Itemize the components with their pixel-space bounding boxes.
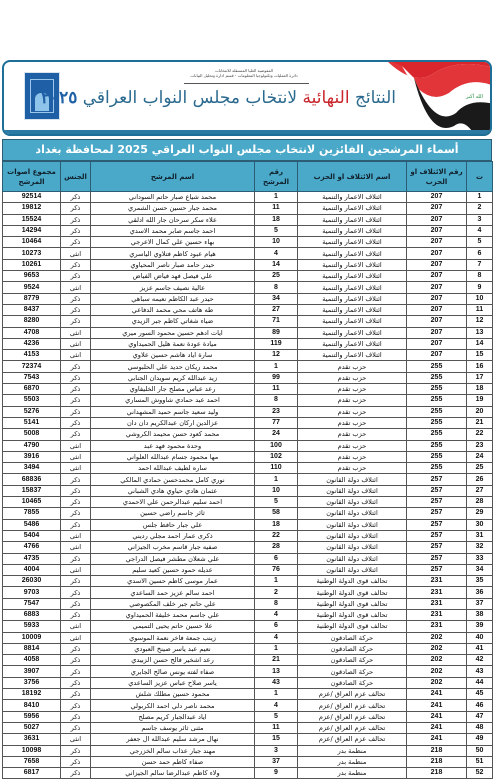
candidate-name-cell: علي فيصل فهد فياض الفياض — [91, 271, 255, 282]
candidate-name-cell: صفاء لفته يونس صالح الجابري — [91, 666, 255, 677]
votes-cell: 5503 — [3, 395, 61, 406]
party-number-cell: 207 — [407, 350, 467, 361]
candidate-number-cell: 11 — [255, 722, 298, 733]
votes-cell: 10465 — [3, 497, 61, 508]
candidate-number-cell: 21 — [255, 655, 298, 666]
party-number-cell: 257 — [407, 530, 467, 541]
party-number-cell: 207 — [407, 316, 467, 327]
party-number-cell: 231 — [407, 587, 467, 598]
table-row: 22255حزب تقدم24محمد كعود حسن محيمد الكرو… — [3, 429, 493, 440]
votes-cell: 5027 — [3, 722, 61, 733]
table-row: 16255حزب تقدم1محمد ريكان حديد علي الحلبو… — [3, 361, 493, 372]
candidate-number-cell: 58 — [255, 508, 298, 519]
candidate-number-cell: 4 — [255, 700, 298, 711]
votes-cell: 19812 — [3, 203, 61, 214]
votes-cell: 4708 — [3, 327, 61, 338]
candidate-name-cell: سارة اياد هاشم حسين علاوي — [91, 350, 255, 361]
table-row: 45241تحالف عزم العراق /عزم1محمود حسين مط… — [3, 689, 493, 700]
candidate-name-cell: علي جاسم محمد خليفة الحميداوي — [91, 609, 255, 620]
table-row: 2207ائتلاف الاعمار والتنمية11محمد جبار ح… — [3, 203, 493, 214]
gender-cell: انثى — [61, 338, 91, 349]
gender-cell: ذكر — [61, 756, 91, 767]
party-name-cell: ائتلاف دولة القانون — [298, 542, 407, 553]
candidate-number-cell: 5 — [255, 711, 298, 722]
candidate-name-cell: طه هاتف محي محمد الدفاعي — [91, 304, 255, 315]
candidate-number-cell: 27 — [255, 304, 298, 315]
gender-cell: ذكر — [61, 192, 91, 203]
table-body: 1207ائتلاف الاعمار والتنمية1محمد شياع صب… — [3, 192, 493, 779]
candidate-name-cell: رعد اشخير فالح حسن الزبيدي — [91, 655, 255, 666]
party-number-cell: 255 — [407, 406, 467, 417]
votes-cell: 3916 — [3, 451, 61, 462]
candidate-name-cell: وليد سعيد جاسم حميد المشهداني — [91, 406, 255, 417]
table-row: 32257ائتلاف دولة القانون28صفيه جبار قاسم… — [3, 542, 493, 553]
winners-table-section: أسماء المرشحين الفائزين لانتخاب مجلس الن… — [2, 139, 492, 779]
gender-cell: ذكر — [61, 304, 91, 315]
candidate-number-cell: 37 — [255, 756, 298, 767]
table-row: 48241تحالف عزم العراق /عزم11مثنى ثائر يو… — [3, 722, 493, 733]
candidate-number-cell: 4 — [255, 609, 298, 620]
votes-cell: 8410 — [3, 700, 61, 711]
seq-cell: 22 — [467, 429, 493, 440]
party-name-cell: ائتلاف الاعمار والتنمية — [298, 259, 407, 270]
candidate-number-cell: 99 — [255, 372, 298, 383]
gender-cell: ذكر — [61, 406, 91, 417]
candidate-number-cell: 6 — [255, 621, 298, 632]
seq-cell: 17 — [467, 372, 493, 383]
candidate-name-cell: علا حسين حاتم يحيى التميمي — [91, 621, 255, 632]
table-row: 11207ائتلاف الاعمار والتنمية27طه هاتف مح… — [3, 304, 493, 315]
gender-cell: ذكر — [61, 677, 91, 688]
seq-cell: 35 — [467, 576, 493, 587]
party-name-cell: حركة الصادقون — [298, 666, 407, 677]
candidate-number-cell: 1 — [255, 361, 298, 372]
table-row: 36231تحالف قوى الدولة الوطنية2احمد سالم … — [3, 587, 493, 598]
party-number-cell: 207 — [407, 271, 467, 282]
seq-cell: 6 — [467, 248, 493, 259]
votes-cell: 5933 — [3, 621, 61, 632]
iraq-flag-icon: الله أكبر — [374, 60, 492, 134]
candidate-number-cell: 25 — [255, 271, 298, 282]
table-row: 5207ائتلاف الاعمار والتنمية10بهاء حسين ع… — [3, 237, 493, 248]
seq-cell: 46 — [467, 700, 493, 711]
candidate-number-cell: 10 — [255, 485, 298, 496]
party-name-cell: حزب تقدم — [298, 429, 407, 440]
party-name-cell: ائتلاف الاعمار والتنمية — [298, 203, 407, 214]
candidate-name-cell: علاء سكر سرحان جار الله ادلقي — [91, 214, 255, 225]
table-row: 4207ائتلاف الاعمار والتنمية5احمد جاسم صا… — [3, 225, 493, 236]
candidate-name-cell: زينب جمعة فاخر نعمة الموسوي — [91, 632, 255, 643]
candidate-number-cell: 28 — [255, 542, 298, 553]
candidate-number-cell: 8 — [255, 395, 298, 406]
votes-cell: 7855 — [3, 508, 61, 519]
votes-cell: 6817 — [3, 768, 61, 779]
candidate-name-cell: بهاء حسين علي كمال الاعرجي — [91, 237, 255, 248]
seq-cell: 7 — [467, 259, 493, 270]
seq-cell: 5 — [467, 237, 493, 248]
candidate-name-cell: ذكرى عمار احمد مجلي رديني — [91, 530, 255, 541]
candidate-name-cell: عمار موسى كاظم حسين الاسدي — [91, 576, 255, 587]
candidate-name-cell: صفيه جبار قاسم مخرب الجيزاني — [91, 542, 255, 553]
votes-cell: 4058 — [3, 655, 61, 666]
party-name-cell: تحالف قوى الدولة الوطنية — [298, 587, 407, 598]
candidate-number-cell: 100 — [255, 440, 298, 451]
votes-cell: 9703 — [3, 587, 61, 598]
seq-cell: 50 — [467, 745, 493, 756]
candidate-name-cell: مهند جبار عذاب سالم الخزرجي — [91, 745, 255, 756]
votes-cell: 10098 — [3, 745, 61, 756]
gender-cell: انثى — [61, 621, 91, 632]
table-row: 46241تحالف عزم العراق /عزم4محمد ناصر دلي… — [3, 700, 493, 711]
votes-cell: 10261 — [3, 259, 61, 270]
party-name-cell: تحالف عزم العراق /عزم — [298, 689, 407, 700]
candidate-name-cell: محمد ناصر دلي احمد الكربولي — [91, 700, 255, 711]
candidate-name-cell: محمود حسين مطلك شلش — [91, 689, 255, 700]
gender-cell: ذكر — [61, 429, 91, 440]
votes-cell: 8280 — [3, 316, 61, 327]
gender-cell: ذكر — [61, 553, 91, 564]
party-name-cell: تحالف قوى الدولة الوطنية — [298, 576, 407, 587]
candidate-number-cell: 119 — [255, 338, 298, 349]
gender-cell: انثى — [61, 248, 91, 259]
gender-cell: ذكر — [61, 768, 91, 779]
gender-cell: ذكر — [61, 384, 91, 395]
headline-year: ٢٠٢٥ — [41, 88, 78, 108]
votes-cell: 3631 — [3, 734, 61, 745]
seq-cell: 31 — [467, 530, 493, 541]
candidate-number-cell: 23 — [255, 406, 298, 417]
candidate-name-cell: احمد عبد حمادي شاووش المساري — [91, 395, 255, 406]
candidate-name-cell: محمد كعود حسن محيمد الكروشي — [91, 429, 255, 440]
candidate-number-cell: 12 — [255, 350, 298, 361]
gender-cell: ذكر — [61, 395, 91, 406]
party-number-cell: 207 — [407, 225, 467, 236]
candidate-number-cell: 34 — [255, 293, 298, 304]
votes-cell: 4236 — [3, 338, 61, 349]
seq-cell: 40 — [467, 632, 493, 643]
gender-cell: انثى — [61, 564, 91, 575]
party-name-cell: ائتلاف دولة القانون — [298, 474, 407, 485]
votes-cell: 68836 — [3, 474, 61, 485]
table-row: 38231تحالف قوى الدولة الوطنية4علي جاسم م… — [3, 609, 493, 620]
candidate-name-cell: ياسر صلاح عباس عزيز الساعدي — [91, 677, 255, 688]
candidate-number-cell: 15 — [255, 734, 298, 745]
table-row: 40202حركة الصادقون4زينب جمعة فاخر نعمة ا… — [3, 632, 493, 643]
candidate-name-cell: عثمان هادي حياوي هادي الشباني — [91, 485, 255, 496]
headline-highlight: النهائية — [303, 88, 350, 108]
candidate-name-cell: احمد سالم عزيز حمد الساعدي — [91, 587, 255, 598]
votes-cell: 18192 — [3, 689, 61, 700]
seq-cell: 30 — [467, 519, 493, 530]
party-name-cell: ائتلاف الاعمار والتنمية — [298, 214, 407, 225]
party-number-cell: 207 — [407, 338, 467, 349]
banner-headline: النتائج النهائية لانتخاب مجلس النواب الع… — [96, 88, 396, 108]
votes-cell: 7543 — [3, 372, 61, 383]
candidate-name-cell: ميادة عودة نعمة هليل الحميداوي — [91, 338, 255, 349]
party-name-cell: ائتلاف الاعمار والتنمية — [298, 338, 407, 349]
seq-cell: 1 — [467, 192, 493, 203]
candidate-name-cell: احمد سليم عبدالرحمن علي الاحمدي — [91, 497, 255, 508]
party-name-cell: منظمة بدر — [298, 756, 407, 767]
candidate-name-cell: هيام عبود كاظم فتلاوي الياسري — [91, 248, 255, 259]
party-name-cell: تحالف عزم العراق /عزم — [298, 711, 407, 722]
banner-underline — [4, 130, 490, 134]
candidate-name-cell: عالية نصيف جاسم عزيز — [91, 282, 255, 293]
candidate-name-cell: اياد عبدالجبار كريم مصلح — [91, 711, 255, 722]
table-row: 41202حركة الصادقون1نعيم عبد ياسر صينخ ال… — [3, 643, 493, 654]
party-name-cell: ائتلاف الاعمار والتنمية — [298, 316, 407, 327]
seq-cell: 36 — [467, 587, 493, 598]
gender-cell: ذكر — [61, 203, 91, 214]
col-header-candidate-number: رقم المرشح — [255, 162, 298, 192]
gender-cell: ذكر — [61, 508, 91, 519]
table-row: 9207ائتلاف الاعمار والتنمية8عالية نصيف ج… — [3, 282, 493, 293]
gender-cell: ذكر — [61, 259, 91, 270]
gender-cell: ذكر — [61, 293, 91, 304]
candidate-number-cell: 11 — [255, 384, 298, 395]
party-name-cell: حزب تقدم — [298, 384, 407, 395]
gender-cell: انثى — [61, 463, 91, 474]
party-name-cell: ائتلاف دولة القانون — [298, 553, 407, 564]
seq-cell: 29 — [467, 508, 493, 519]
candidate-number-cell: 1 — [255, 192, 298, 203]
party-name-cell: ائتلاف دولة القانون — [298, 508, 407, 519]
gender-cell: انثى — [61, 530, 91, 541]
candidate-name-cell: علي حاتم جبر خلف المكصوصي — [91, 598, 255, 609]
seq-cell: 25 — [467, 463, 493, 474]
headline-part-3: لانتخاب مجلس النواب العراقي — [77, 88, 302, 108]
candidate-number-cell: 11 — [255, 203, 298, 214]
party-name-cell: منظمة بدر — [298, 768, 407, 779]
party-name-cell: تحالف قوى الدولة الوطنية — [298, 598, 407, 609]
candidate-number-cell: 8 — [255, 598, 298, 609]
seq-cell: 32 — [467, 542, 493, 553]
party-number-cell: 231 — [407, 621, 467, 632]
table-row: 34257ائتلاف دولة القانون76عديله حمود حسي… — [3, 564, 493, 575]
table-row: 47241تحالف عزم العراق /عزم5اياد عبدالجبا… — [3, 711, 493, 722]
table-row: 14207ائتلاف الاعمار والتنمية119ميادة عود… — [3, 338, 493, 349]
party-number-cell: 207 — [407, 304, 467, 315]
party-number-cell: 231 — [407, 576, 467, 587]
party-name-cell: ائتلاف دولة القانون — [298, 485, 407, 496]
party-number-cell: 207 — [407, 214, 467, 225]
table-row: 12207ائتلاف الاعمار والتنمية71ضياء شغاتي… — [3, 316, 493, 327]
votes-cell: 6883 — [3, 609, 61, 620]
table-header-row: ت رقم الائتلاف او الحزب اسم الائتلاف او … — [3, 162, 493, 192]
seq-cell: 19 — [467, 395, 493, 406]
party-name-cell: تحالف عزم العراق /عزم — [298, 700, 407, 711]
seq-cell: 23 — [467, 440, 493, 451]
seq-cell: 26 — [467, 474, 493, 485]
candidate-number-cell: 1 — [255, 474, 298, 485]
party-name-cell: ائتلاف الاعمار والتنمية — [298, 293, 407, 304]
table-row: 51218منظمة بدر37صفاء كاظم حمد حسنذكر7658 — [3, 756, 493, 767]
seq-cell: 51 — [467, 756, 493, 767]
party-number-cell: 218 — [407, 756, 467, 767]
candidate-number-cell: 5 — [255, 225, 298, 236]
party-name-cell: ائتلاف دولة القانون — [298, 519, 407, 530]
results-banner: المفوضية العليا المستقلة للانتخابات دائر… — [2, 60, 492, 136]
votes-cell: 92514 — [3, 192, 61, 203]
table-row: 1207ائتلاف الاعمار والتنمية1محمد شياع صب… — [3, 192, 493, 203]
table-row: 43202حركة الصادقون13صفاء لفته يونس صالح … — [3, 666, 493, 677]
party-name-cell: ائتلاف الاعمار والتنمية — [298, 248, 407, 259]
party-name-cell: ائتلاف الاعمار والتنمية — [298, 304, 407, 315]
candidate-number-cell: 9 — [255, 768, 298, 779]
gender-cell: ذكر — [61, 361, 91, 372]
candidate-number-cell: 4 — [255, 632, 298, 643]
seq-cell: 49 — [467, 734, 493, 745]
gender-cell: ذكر — [61, 655, 91, 666]
votes-cell: 9653 — [3, 271, 61, 282]
party-number-cell: 202 — [407, 643, 467, 654]
candidate-name-cell: رعد عباس مصلح جار الخليفاوي — [91, 384, 255, 395]
table-row: 10207ائتلاف الاعمار والتنمية34حيدر عبد ا… — [3, 293, 493, 304]
gender-cell: ذكر — [61, 609, 91, 620]
table-row: 3207ائتلاف الاعمار والتنمية18علاء سكر سر… — [3, 214, 493, 225]
votes-cell: 26030 — [3, 576, 61, 587]
table-row: 17255حزب تقدم99زيد عبدالله كريم سويدان ا… — [3, 372, 493, 383]
party-number-cell: 207 — [407, 248, 467, 259]
table-row: 7207ائتلاف الاعمار والتنمية14حيدر حامد ص… — [3, 259, 493, 270]
votes-cell: 8814 — [3, 643, 61, 654]
party-name-cell: حركة الصادقون — [298, 632, 407, 643]
votes-cell: 3494 — [3, 463, 61, 474]
candidate-name-cell: مها محمود جسام عبدالله العلواني — [91, 451, 255, 462]
seq-cell: 20 — [467, 406, 493, 417]
party-name-cell: تحالف قوى الدولة الوطنية — [298, 609, 407, 620]
candidate-name-cell: عزالدين اركان عبدالكريم دان دان — [91, 417, 255, 428]
party-number-cell: 255 — [407, 463, 467, 474]
gender-cell: ذكر — [61, 711, 91, 722]
table-row: 50218منظمة بدر3مهند جبار عذاب سالم الخزر… — [3, 745, 493, 756]
seq-cell: 42 — [467, 655, 493, 666]
candidate-number-cell: 18 — [255, 214, 298, 225]
gender-cell: ذكر — [61, 485, 91, 496]
seq-cell: 15 — [467, 350, 493, 361]
party-name-cell: ائتلاف دولة القانون — [298, 497, 407, 508]
party-name-cell: ائتلاف الاعمار والتنمية — [298, 282, 407, 293]
gender-cell: ذكر — [61, 271, 91, 282]
seq-cell: 14 — [467, 338, 493, 349]
party-number-cell: 207 — [407, 192, 467, 203]
votes-cell: 5404 — [3, 530, 61, 541]
party-name-cell: حزب تقدم — [298, 395, 407, 406]
seq-cell: 43 — [467, 666, 493, 677]
table-row: 31257ائتلاف دولة القانون22ذكرى عمار احمد… — [3, 530, 493, 541]
candidate-number-cell: 76 — [255, 564, 298, 575]
candidate-name-cell: علي جبار حافظ جلس — [91, 519, 255, 530]
party-number-cell: 255 — [407, 372, 467, 383]
votes-cell: 15837 — [3, 485, 61, 496]
party-number-cell: 255 — [407, 395, 467, 406]
gender-cell: انثى — [61, 327, 91, 338]
party-number-cell: 202 — [407, 632, 467, 643]
votes-cell: 10009 — [3, 632, 61, 643]
party-name-cell: حزب تقدم — [298, 417, 407, 428]
seq-cell: 45 — [467, 689, 493, 700]
party-name-cell: ائتلاف الاعمار والتنمية — [298, 327, 407, 338]
party-number-cell: 255 — [407, 451, 467, 462]
party-name-cell: حزب تقدم — [298, 361, 407, 372]
votes-cell: 7658 — [3, 756, 61, 767]
candidate-number-cell: 71 — [255, 316, 298, 327]
gender-cell: ذكر — [61, 214, 91, 225]
candidate-number-cell: 4 — [255, 248, 298, 259]
gender-cell: ذكر — [61, 237, 91, 248]
party-number-cell: 218 — [407, 745, 467, 756]
votes-cell: 4790 — [3, 440, 61, 451]
candidate-number-cell: 89 — [255, 327, 298, 338]
table-row: 28257ائتلاف دولة القانون5احمد سليم عبدال… — [3, 497, 493, 508]
candidate-number-cell: 22 — [255, 530, 298, 541]
party-name-cell: حركة الصادقون — [298, 655, 407, 666]
candidate-number-cell: 1 — [255, 576, 298, 587]
party-number-cell: 218 — [407, 768, 467, 779]
party-name-cell: حزب تقدم — [298, 406, 407, 417]
candidate-name-cell: محمد جبار حسين حسن الشمري — [91, 203, 255, 214]
gender-cell: انثى — [61, 542, 91, 553]
seq-cell: 38 — [467, 609, 493, 620]
gender-cell: ذكر — [61, 316, 91, 327]
votes-cell: 4004 — [3, 564, 61, 575]
party-number-cell: 207 — [407, 259, 467, 270]
party-number-cell: 207 — [407, 282, 467, 293]
votes-cell: 5008 — [3, 429, 61, 440]
party-number-cell: 257 — [407, 485, 467, 496]
table-row: 24255حزب تقدم102مها محمود جسام عبدالله ا… — [3, 451, 493, 462]
table-row: 13207ائتلاف الاعمار والتنمية89ايات ادهم … — [3, 327, 493, 338]
party-name-cell: ائتلاف الاعمار والتنمية — [298, 350, 407, 361]
candidate-number-cell: 102 — [255, 451, 298, 462]
candidate-name-cell: نهال مرشد سليم عبدالله ال جعفر — [91, 734, 255, 745]
votes-cell: 8779 — [3, 293, 61, 304]
col-header-seq: ت — [467, 162, 493, 192]
party-number-cell: 207 — [407, 203, 467, 214]
candidate-number-cell: 18 — [255, 519, 298, 530]
candidate-number-cell: 8 — [255, 282, 298, 293]
party-number-cell: 257 — [407, 553, 467, 564]
seq-cell: 18 — [467, 384, 493, 395]
party-name-cell: حزب تقدم — [298, 372, 407, 383]
party-number-cell: 241 — [407, 689, 467, 700]
seq-cell: 8 — [467, 271, 493, 282]
party-name-cell: ائتلاف دولة القانون — [298, 530, 407, 541]
seq-cell: 47 — [467, 711, 493, 722]
table-row: 21255حزب تقدم77عزالدين اركان عبدالكريم د… — [3, 417, 493, 428]
gender-cell: ذكر — [61, 372, 91, 383]
party-number-cell: 257 — [407, 508, 467, 519]
party-number-cell: 255 — [407, 384, 467, 395]
seq-cell: 16 — [467, 361, 493, 372]
gender-cell: ذكر — [61, 643, 91, 654]
gender-cell: انثى — [61, 440, 91, 451]
seq-cell: 34 — [467, 564, 493, 575]
candidate-name-cell: احمد جاسم صابر محمد الاسدي — [91, 225, 255, 236]
candidate-number-cell: 6 — [255, 553, 298, 564]
candidate-number-cell: 77 — [255, 417, 298, 428]
votes-cell: 5141 — [3, 417, 61, 428]
party-number-cell: 255 — [407, 440, 467, 451]
votes-cell: 10464 — [3, 237, 61, 248]
table-row: 39231تحالف قوى الدولة الوطنية6علا حسين ح… — [3, 621, 493, 632]
candidate-name-cell: ساره لطيف عبدالله احمد — [91, 463, 255, 474]
votes-cell: 3756 — [3, 677, 61, 688]
votes-cell: 9524 — [3, 282, 61, 293]
party-name-cell: حزب تقدم — [298, 440, 407, 451]
party-number-cell: 257 — [407, 497, 467, 508]
col-header-votes: مجموع اصوات المرشح — [3, 162, 61, 192]
